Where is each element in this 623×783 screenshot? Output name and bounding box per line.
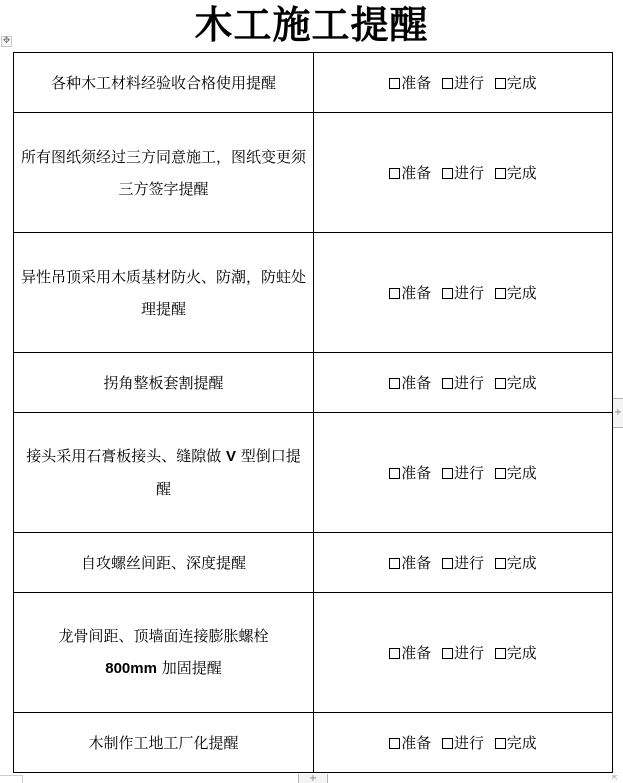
checkbox-icon[interactable]	[495, 378, 506, 389]
status-option-prepare[interactable]: 准备	[389, 67, 431, 99]
status-option-done[interactable]: 完成	[495, 367, 537, 399]
status-option-in-progress[interactable]: 进行	[442, 277, 484, 309]
table-row: 异性吊顶采用木质基材防火、防潮，防蛀处理提醒 准备 进行 完成	[14, 233, 613, 353]
checkbox-icon[interactable]	[389, 288, 400, 299]
status-option-prepare[interactable]: 准备	[389, 157, 431, 189]
task-cell: 拐角整板套割提醒	[14, 353, 314, 413]
checkbox-icon[interactable]	[495, 738, 506, 749]
table-row: 所有图纸须经过三方同意施工，图纸变更须三方签字提醒 准备 进行 完成	[14, 113, 613, 233]
task-cell: 所有图纸须经过三方同意施工，图纸变更须三方签字提醒	[14, 113, 314, 233]
status-cell: 准备 进行 完成	[314, 713, 613, 773]
checkbox-icon[interactable]	[495, 558, 506, 569]
page-title: 木工施工提醒	[0, 2, 623, 48]
checkbox-icon[interactable]	[495, 288, 506, 299]
checkbox-icon[interactable]	[389, 378, 400, 389]
status-option-in-progress[interactable]: 进行	[442, 157, 484, 189]
status-option-done[interactable]: 完成	[495, 277, 537, 309]
status-cell: 准备 进行 完成	[314, 233, 613, 353]
status-option-prepare[interactable]: 准备	[389, 457, 431, 489]
table-corner-marker	[0, 775, 23, 783]
status-option-prepare[interactable]: 准备	[389, 277, 431, 309]
table-row: 自攻螺丝间距、深度提醒 准备 进行 完成	[14, 533, 613, 593]
checkbox-icon[interactable]	[389, 738, 400, 749]
checkbox-icon[interactable]	[495, 78, 506, 89]
status-option-in-progress[interactable]: 进行	[442, 67, 484, 99]
status-option-done[interactable]: 完成	[495, 67, 537, 99]
checkbox-icon[interactable]	[442, 168, 453, 179]
status-cell: 准备 进行 完成	[314, 593, 613, 713]
status-cell: 准备 进行 完成	[314, 413, 613, 533]
table-row: 木制作工地工厂化提醒 准备 进行 完成	[14, 713, 613, 773]
checkbox-icon[interactable]	[495, 648, 506, 659]
checkbox-icon[interactable]	[442, 288, 453, 299]
table-row: 接头采用石膏板接头、缝隙做 V 型倒口提醒 准备 进行 完成	[14, 413, 613, 533]
checkbox-icon[interactable]	[442, 78, 453, 89]
table-resize-handle-icon[interactable]: ⇱	[612, 774, 622, 783]
checkbox-icon[interactable]	[442, 738, 453, 749]
checkbox-icon[interactable]	[389, 648, 400, 659]
status-cell: 准备 进行 完成	[314, 53, 613, 113]
table-row: 拐角整板套割提醒 准备 进行 完成	[14, 353, 613, 413]
status-option-in-progress[interactable]: 进行	[442, 457, 484, 489]
table-row: 各种木工材料经验收合格使用提醒 准备 进行 完成	[14, 53, 613, 113]
status-cell: 准备 进行 完成	[314, 353, 613, 413]
task-cell: 各种木工材料经验收合格使用提醒	[14, 53, 314, 113]
status-cell: 准备 进行 完成	[314, 533, 613, 593]
status-option-in-progress[interactable]: 进行	[442, 637, 484, 669]
status-option-prepare[interactable]: 准备	[389, 547, 431, 579]
table-move-handle-icon[interactable]: ✥	[1, 36, 12, 47]
status-option-done[interactable]: 完成	[495, 157, 537, 189]
status-option-prepare[interactable]: 准备	[389, 367, 431, 399]
task-cell: 自攻螺丝间距、深度提醒	[14, 533, 314, 593]
table-row: 龙骨间距、顶墙面连接膨胀螺栓800mm 加固提醒 准备 进行 完成	[14, 593, 613, 713]
checkbox-icon[interactable]	[389, 168, 400, 179]
checkbox-icon[interactable]	[442, 378, 453, 389]
status-option-prepare[interactable]: 准备	[389, 637, 431, 669]
add-column-handle-icon[interactable]: +	[298, 774, 328, 783]
status-cell: 准备 进行 完成	[314, 113, 613, 233]
checkbox-icon[interactable]	[495, 468, 506, 479]
add-row-handle-icon[interactable]: +	[613, 398, 623, 428]
task-cell: 木制作工地工厂化提醒	[14, 713, 314, 773]
checkbox-icon[interactable]	[389, 558, 400, 569]
task-cell: 接头采用石膏板接头、缝隙做 V 型倒口提醒	[14, 413, 314, 533]
status-option-done[interactable]: 完成	[495, 637, 537, 669]
status-option-done[interactable]: 完成	[495, 547, 537, 579]
status-option-in-progress[interactable]: 进行	[442, 727, 484, 759]
status-option-in-progress[interactable]: 进行	[442, 547, 484, 579]
status-option-in-progress[interactable]: 进行	[442, 367, 484, 399]
checkbox-icon[interactable]	[442, 558, 453, 569]
checkbox-icon[interactable]	[442, 468, 453, 479]
reminder-table: 各种木工材料经验收合格使用提醒 准备 进行 完成 所有图纸须经过三方同意施工，图…	[13, 52, 613, 773]
checkbox-icon[interactable]	[495, 168, 506, 179]
task-cell: 龙骨间距、顶墙面连接膨胀螺栓800mm 加固提醒	[14, 593, 314, 713]
status-option-prepare[interactable]: 准备	[389, 727, 431, 759]
checkbox-icon[interactable]	[389, 468, 400, 479]
checkbox-icon[interactable]	[389, 78, 400, 89]
task-cell: 异性吊顶采用木质基材防火、防潮，防蛀处理提醒	[14, 233, 314, 353]
status-option-done[interactable]: 完成	[495, 457, 537, 489]
status-option-done[interactable]: 完成	[495, 727, 537, 759]
checkbox-icon[interactable]	[442, 648, 453, 659]
